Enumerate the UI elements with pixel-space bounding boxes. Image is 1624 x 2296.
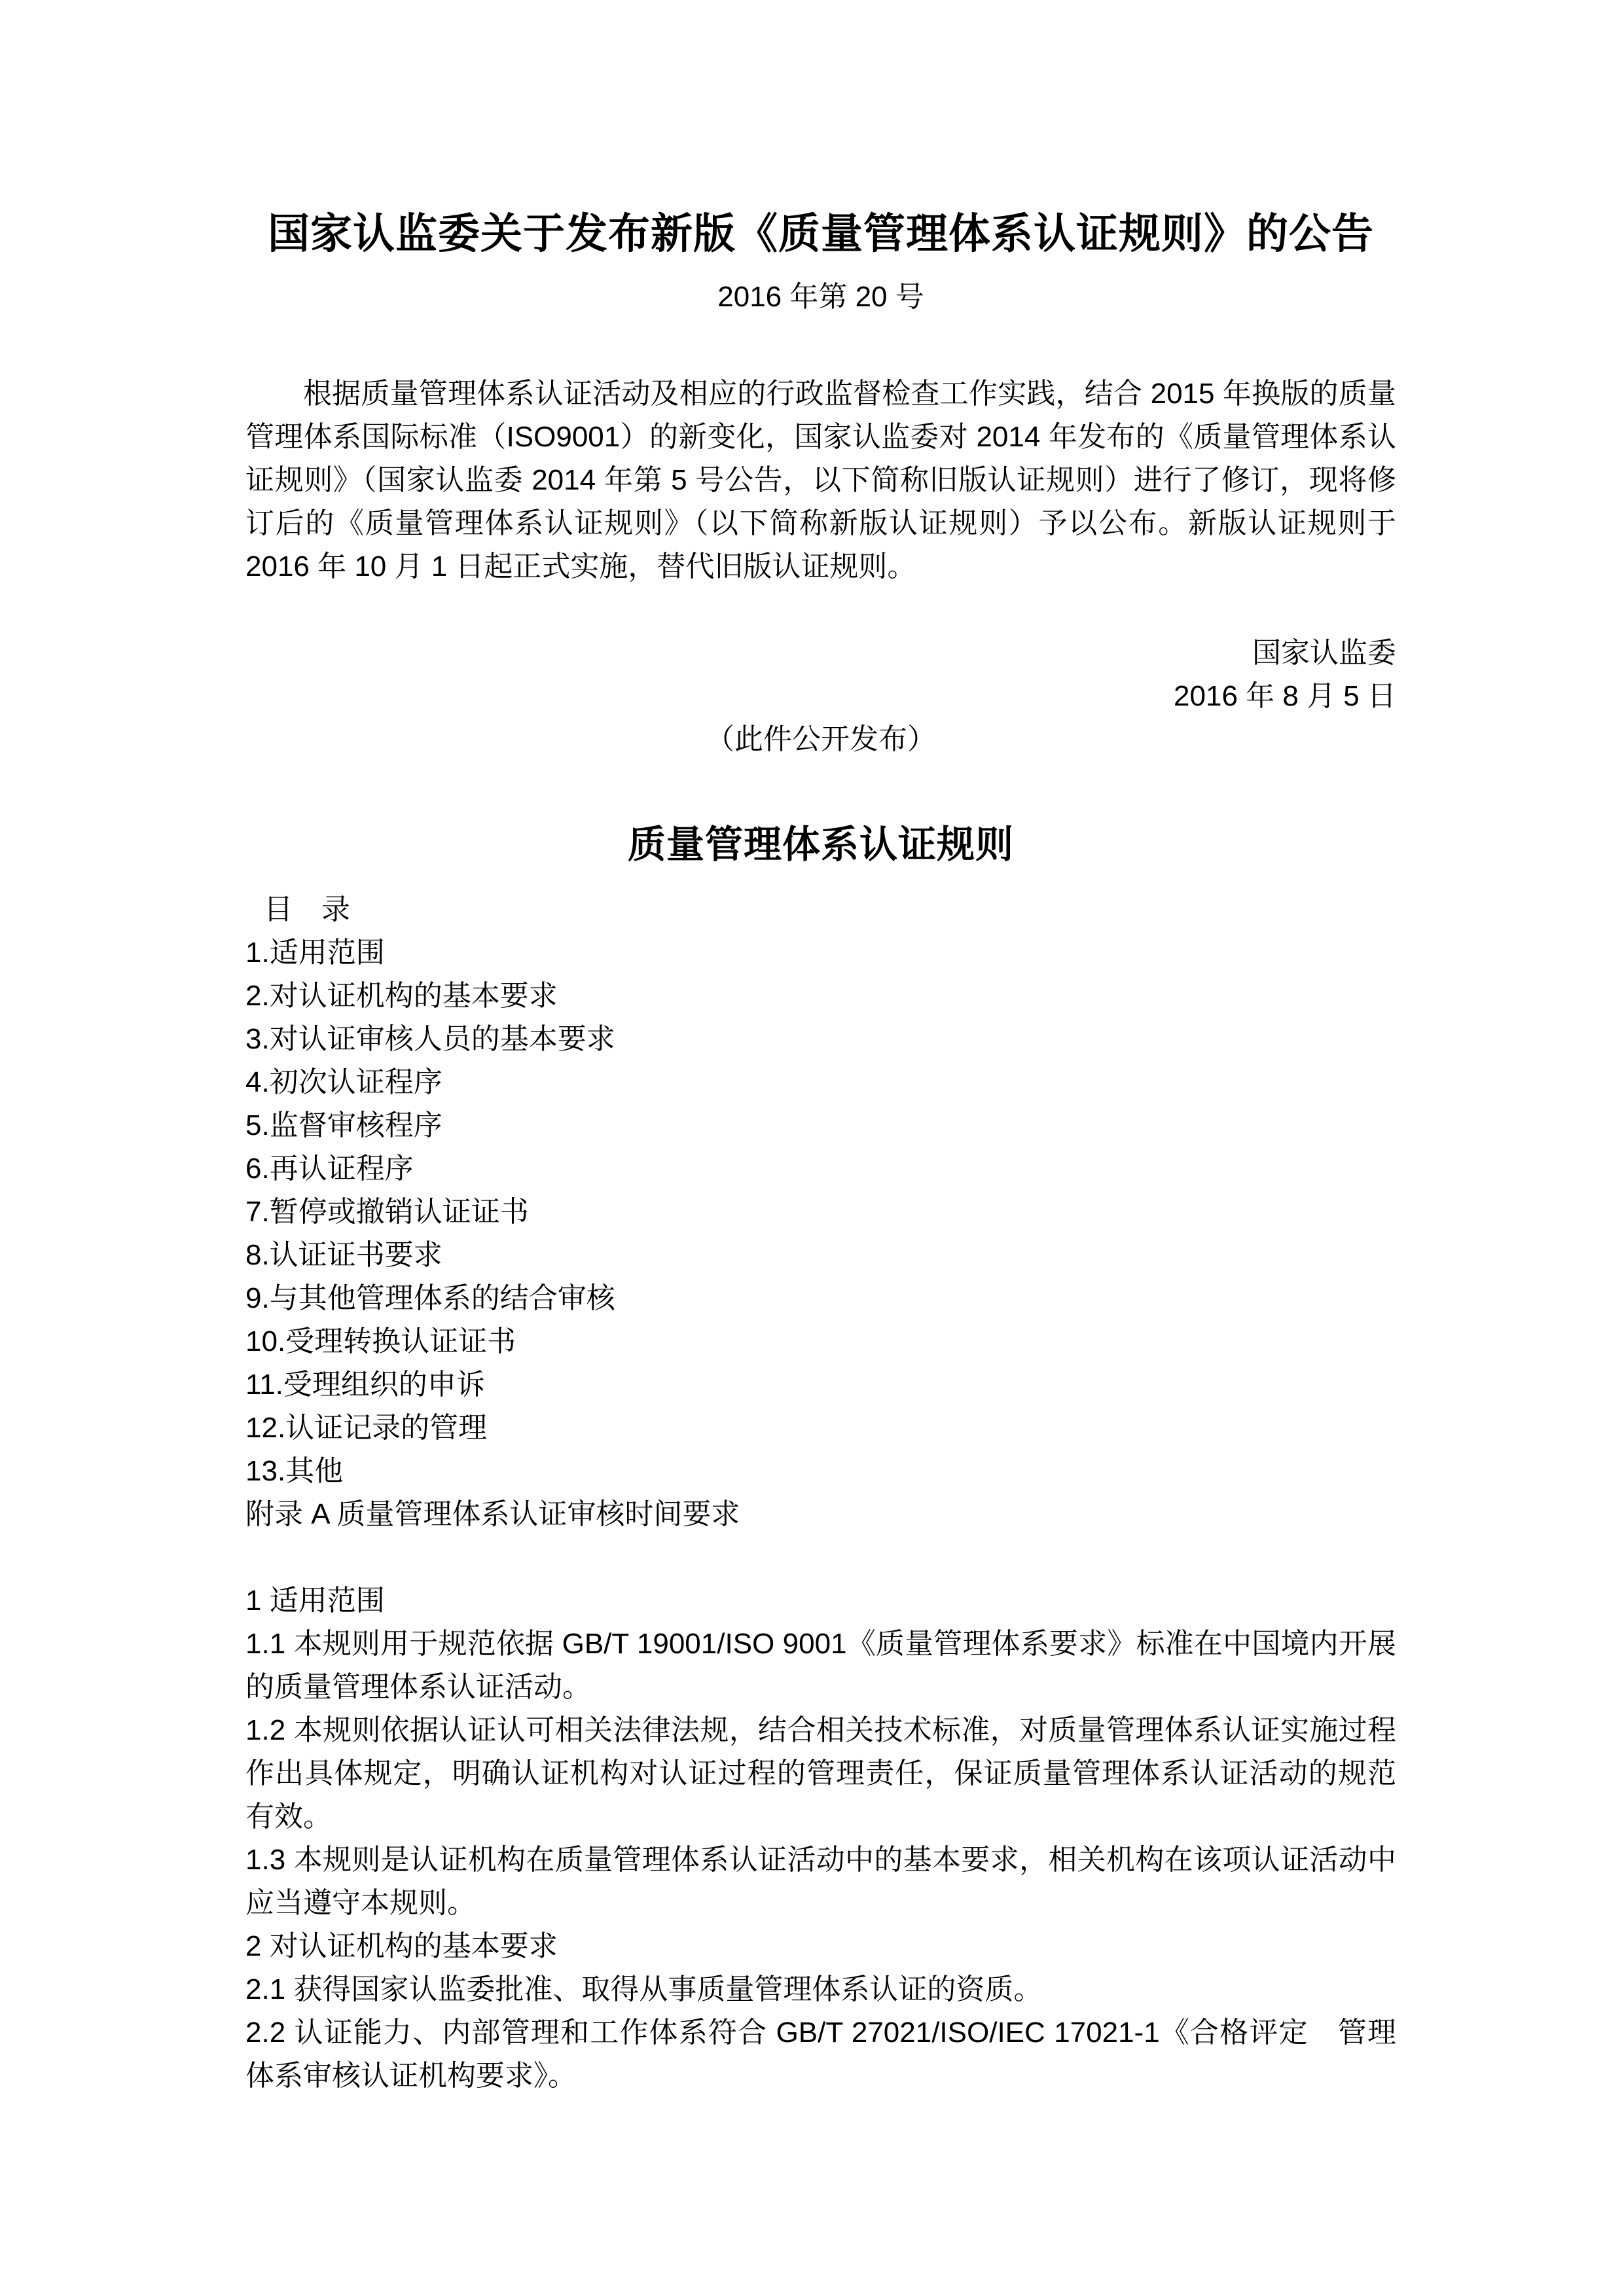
document-page: 国家认监委关于发布新版《质量管理体系认证规则》的公告 2016 年第 20 号 … [0,0,1624,2296]
signer-name: 国家认监委 [245,632,1396,675]
rules-paragraph: 2.1 获得国家认监委批准、取得从事质量管理体系认证的资质。 [245,1968,1396,2011]
toc-item: 6.再认证程序 [245,1147,1396,1191]
publish-note: （此件公开发布） [245,718,1396,761]
toc-item: 8.认证证书要求 [245,1234,1396,1277]
toc-item: 9.与其他管理体系的结合审核 [245,1277,1396,1320]
toc-item: 13.其他 [245,1450,1396,1493]
toc-item: 10.受理转换认证证书 [245,1320,1396,1363]
toc-item: 7.暂停或撤销认证证书 [245,1191,1396,1234]
rules-section-heading: 1 适用范围 [245,1579,1396,1623]
toc-item: 1.适用范围 [245,931,1396,975]
toc-item: 5.监督审核程序 [245,1104,1396,1147]
announcement-title: 国家认监委关于发布新版《质量管理体系认证规则》的公告 [245,206,1396,261]
rules-paragraph: 1.3 本规则是认证机构在质量管理体系认证活动中的基本要求，相关机构在该项认证活… [245,1839,1396,1925]
toc-header: 目 录 [245,888,1396,931]
announcement-number: 2016 年第 20 号 [245,276,1396,319]
rules-paragraph: 1.2 本规则依据认证认可相关法律法规，结合相关技术标准，对质量管理体系认证实施… [245,1709,1396,1839]
sign-date: 2016 年 8 月 5 日 [245,675,1396,718]
toc-item: 3.对认证审核人员的基本要求 [245,1018,1396,1061]
table-of-contents: 目 录 1.适用范围 2.对认证机构的基本要求 3.对认证审核人员的基本要求 4… [245,888,1396,1536]
rules-title: 质量管理体系认证规则 [245,816,1396,874]
toc-item: 4.初次认证程序 [245,1061,1396,1104]
rules-paragraph: 1.1 本规则用于规范依据 GB/T 19001/ISO 9001《质量管理体系… [245,1623,1396,1709]
toc-item: 12.认证记录的管理 [245,1407,1396,1450]
toc-item: 2.对认证机构的基本要求 [245,975,1396,1018]
rules-paragraph: 2.2 认证能力、内部管理和工作体系符合 GB/T 27021/ISO/IEC … [245,2011,1396,2098]
rules-body: 1 适用范围 1.1 本规则用于规范依据 GB/T 19001/ISO 9001… [245,1579,1396,2098]
rules-section-heading: 2 对认证机构的基本要求 [245,1925,1396,1968]
toc-item: 附录 A 质量管理体系认证审核时间要求 [245,1493,1396,1536]
announcement-body-paragraph: 根据质量管理体系认证活动及相应的行政监督检查工作实践，结合 2015 年换版的质… [245,372,1396,588]
toc-item: 11.受理组织的申诉 [245,1363,1396,1407]
